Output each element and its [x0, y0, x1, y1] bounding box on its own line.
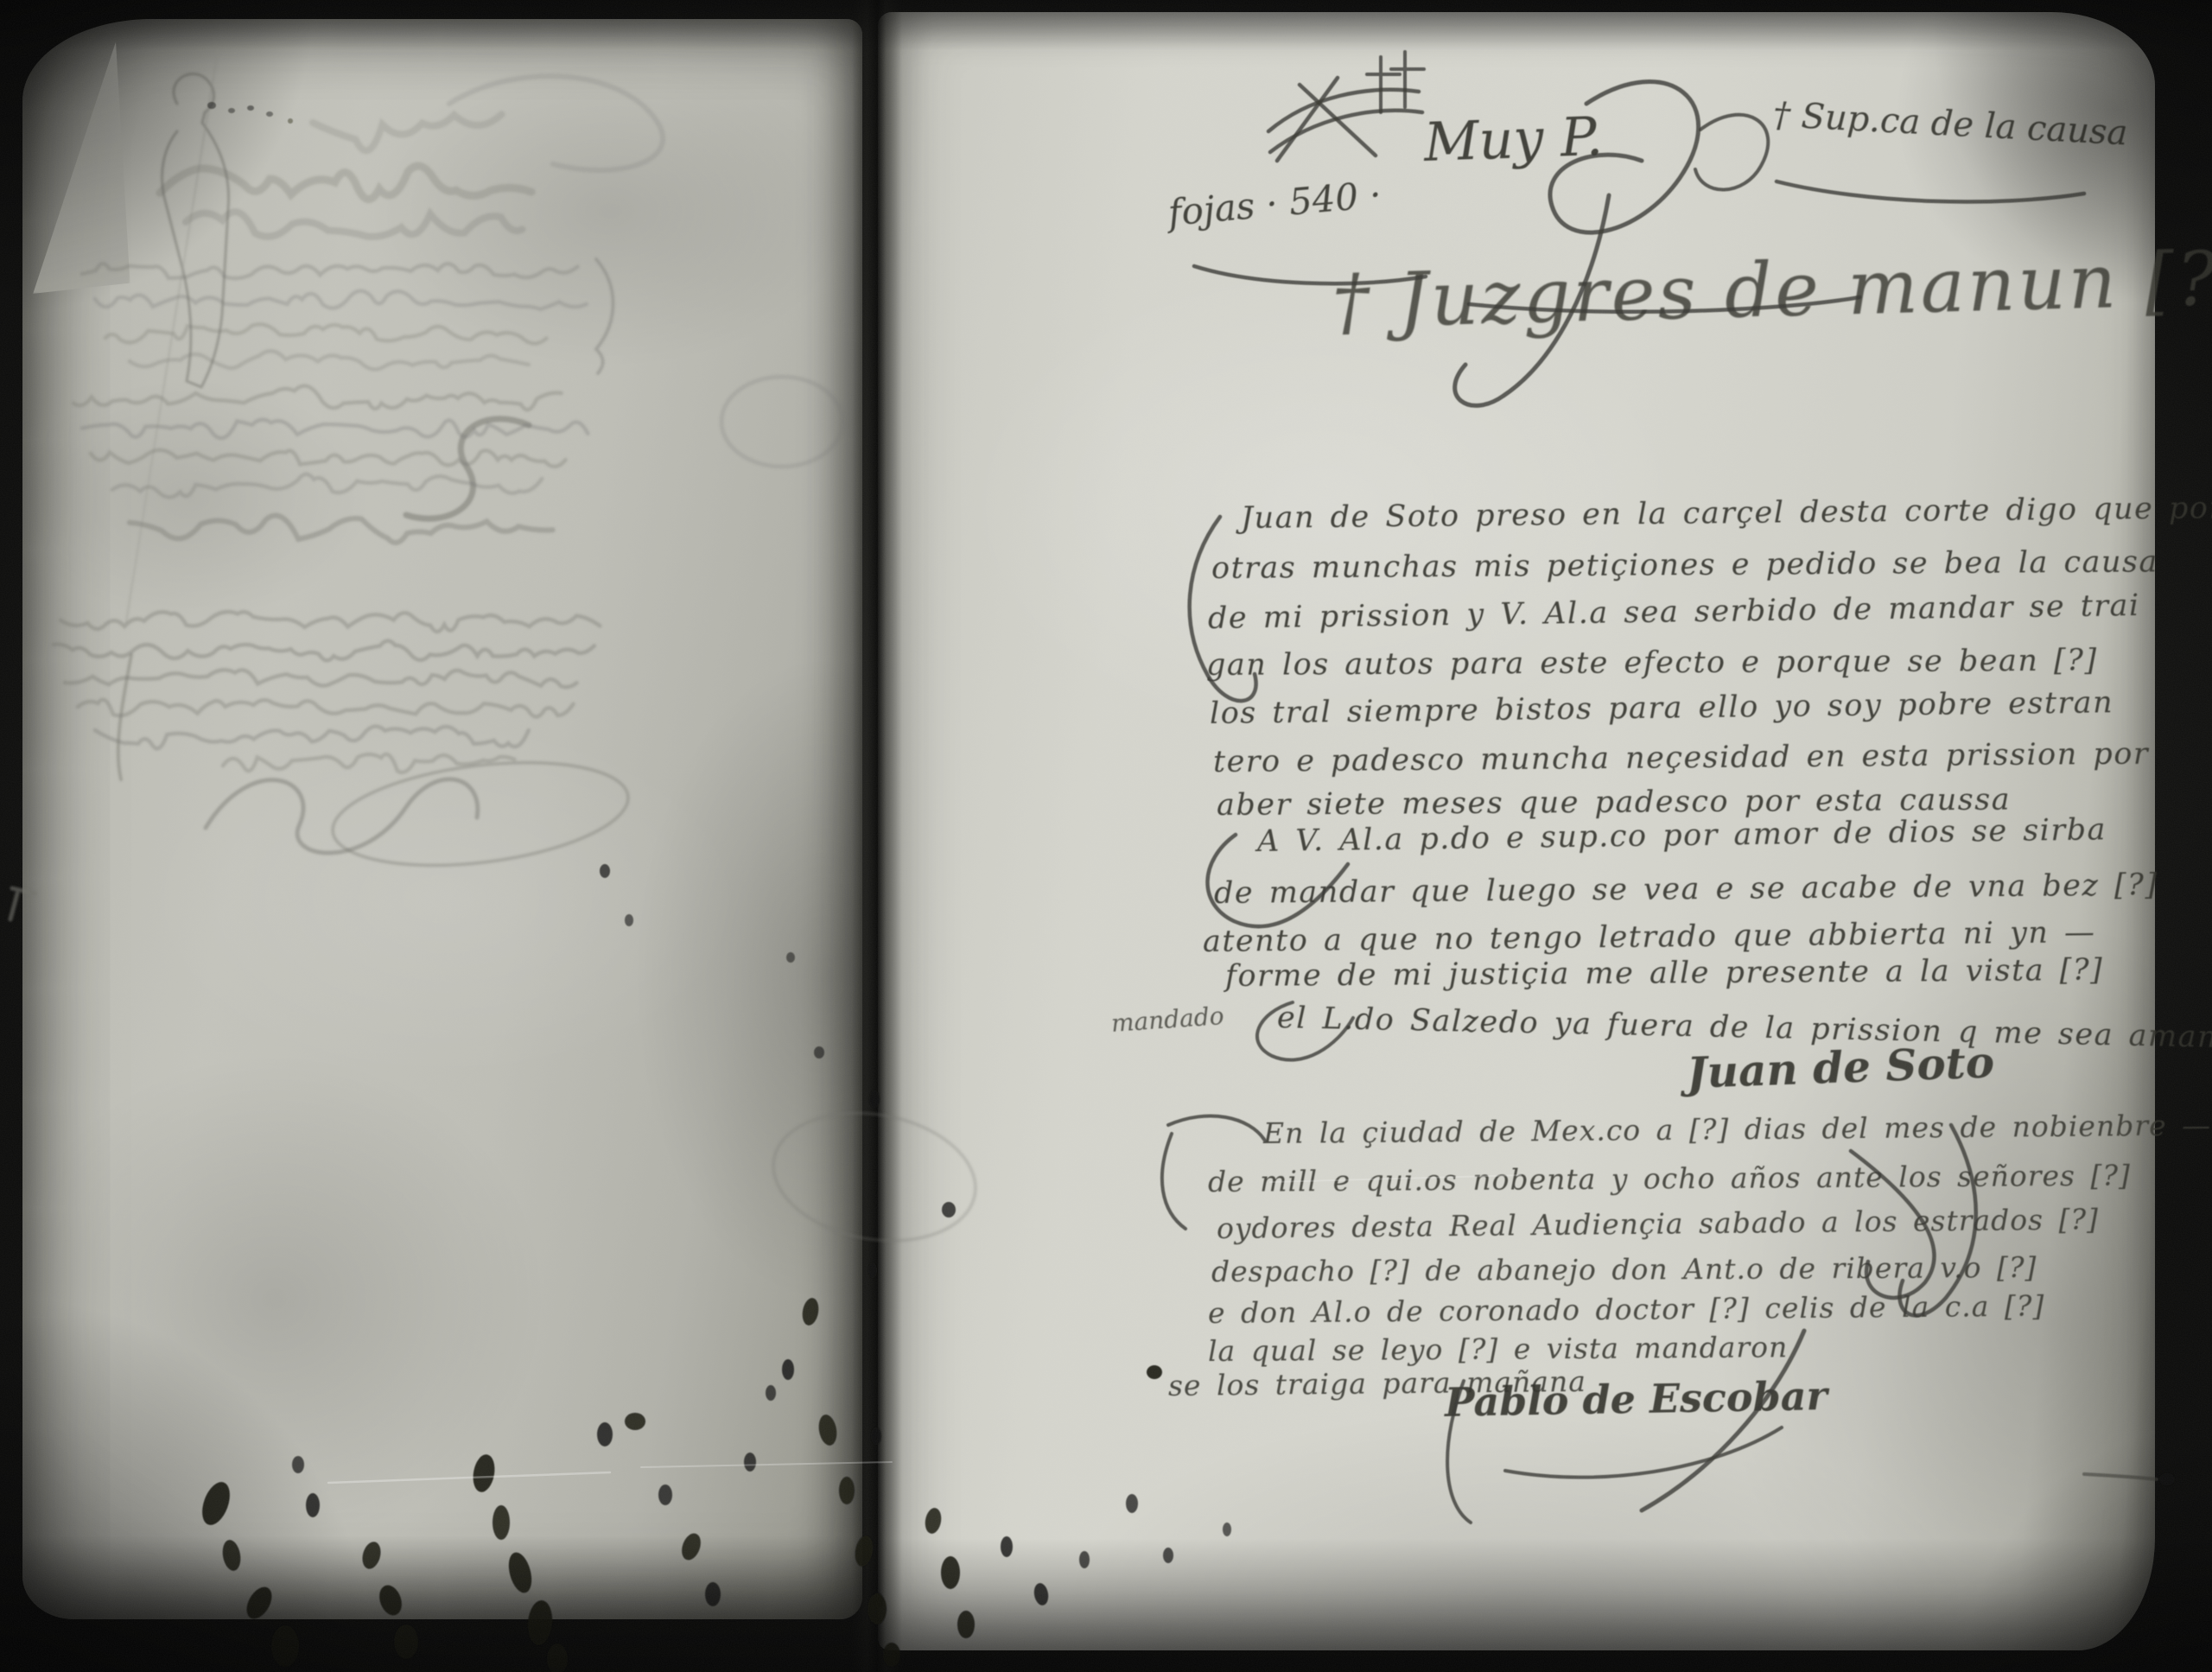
manuscript-photo: fojas · 540 · Muy P. † Sup.ca de la caus…: [0, 0, 2212, 1672]
gutter-binding: [852, 0, 902, 1672]
signature-pablo-de-escobar: Pablo de Escobar: [1445, 1372, 1828, 1426]
petition-line: otras munchas mis petiçiones e pedido se…: [1211, 544, 2158, 586]
ink-blot: [271, 1625, 299, 1667]
plea-line: forme de mi justiçia me alle presente a …: [1225, 953, 2104, 994]
signature-juan-de-soto: Juan de Soto: [1686, 1037, 1995, 1098]
ink-blot: [394, 1624, 418, 1659]
ink-blot: [547, 1643, 568, 1672]
petition-line: gan los autos para este efecto e porque …: [1206, 644, 2098, 683]
ink-blot: [2159, 1473, 2175, 1485]
auto-line: de mill e qui.os nobenta y ocho años ant…: [1208, 1159, 2131, 1198]
left-page: [22, 19, 862, 1619]
auto-line: despacho [?] de abanejo don Ant.o de rib…: [1211, 1250, 2037, 1288]
auto-line: la qual se leyo [?] e vista mandaron: [1208, 1330, 1789, 1368]
salutation-monogram: Muy P.: [1423, 105, 1604, 174]
